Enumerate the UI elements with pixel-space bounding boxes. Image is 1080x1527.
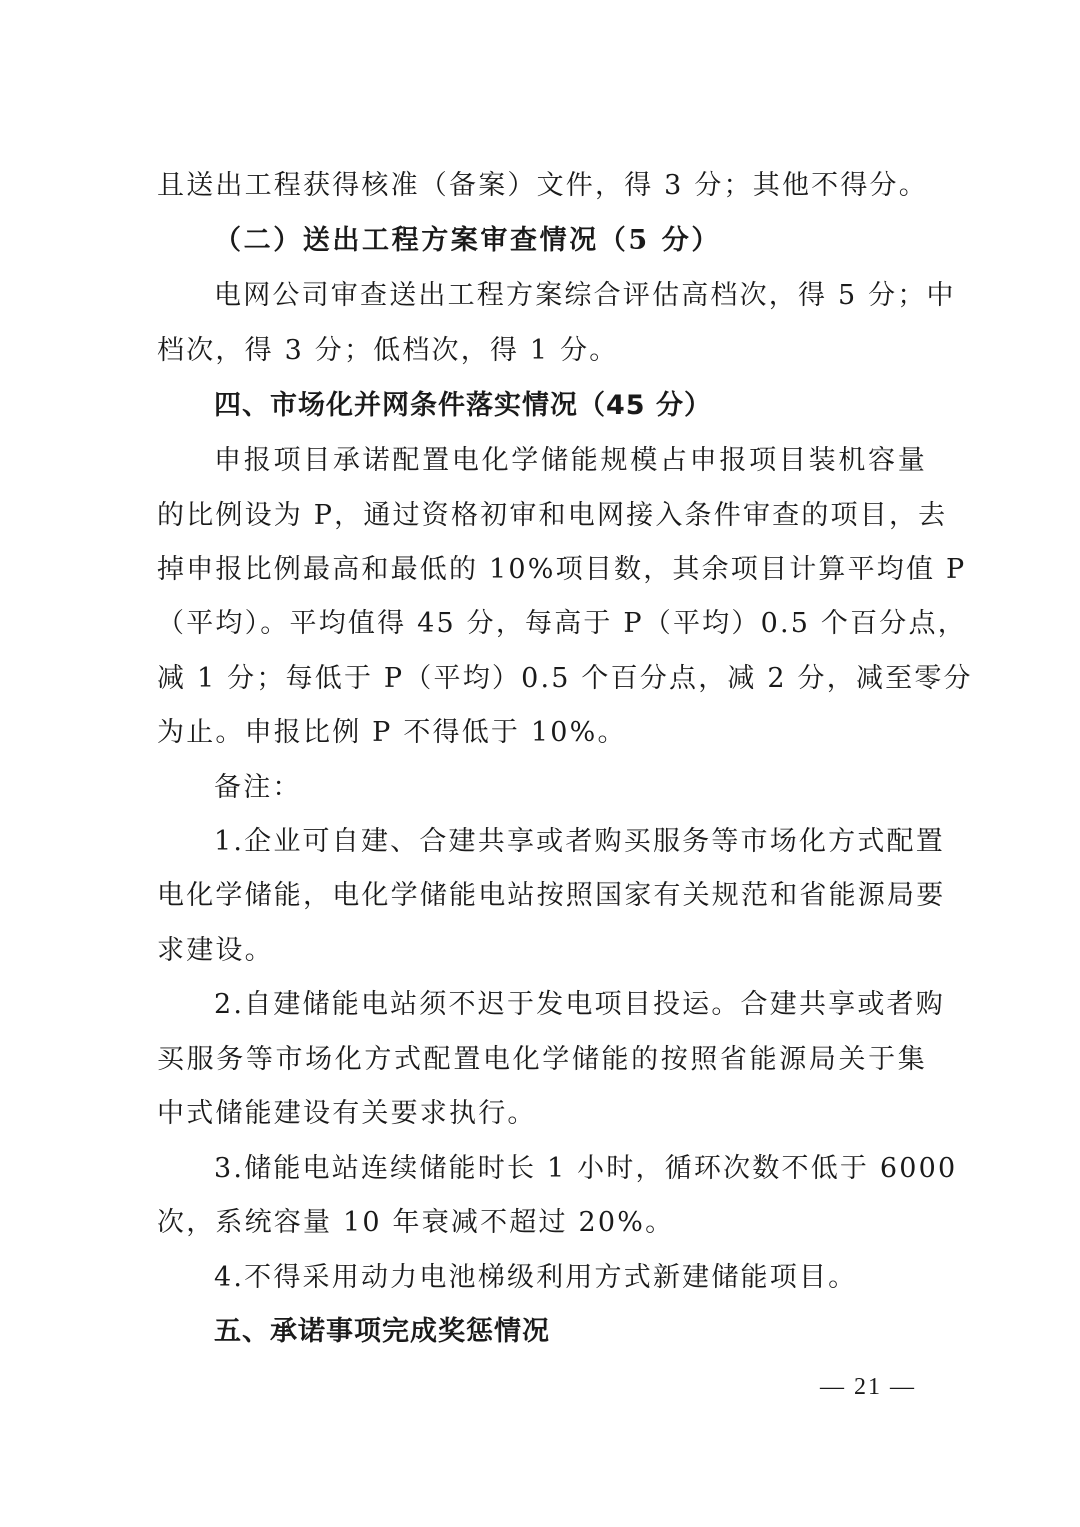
section-subheading: （二）送出工程方案审查情况（5 分） [214, 221, 927, 261]
paragraph-line: （平均）。平均值得 45 分，每高于 P（平均）0.5 个百分点， [157, 604, 927, 644]
section-heading: 四、市场化并网条件落实情况（45 分） [214, 386, 927, 426]
paragraph-line: 掉申报比例最高和最低的 10%项目数，其余项目计算平均值 P [157, 550, 927, 590]
note-item: 2.自建储能电站须不迟于发电项目投运。合建共享或者购 [214, 985, 927, 1025]
note-item: 4.不得采用动力电池梯级利用方式新建储能项目。 [214, 1258, 927, 1298]
paragraph-line: 电网公司审查送出工程方案综合评估高档次，得 5 分；中 [214, 276, 927, 316]
paragraph-line: 中式储能建设有关要求执行。 [157, 1094, 927, 1134]
paragraph-line: 档次，得 3 分；低档次，得 1 分。 [157, 331, 927, 371]
paragraph-line: 为止。申报比例 P 不得低于 10%。 [157, 713, 927, 753]
paragraph-line: 且送出工程获得核准（备案）文件，得 3 分；其他不得分。 [157, 166, 927, 206]
page-number: — 21 — [820, 1374, 916, 1401]
paragraph-line: 求建设。 [157, 931, 927, 971]
paragraph-line: 减 1 分；每低于 P（平均）0.5 个百分点，减 2 分，减至零分 [157, 659, 927, 699]
note-item: 1.企业可自建、合建共享或者购买服务等市场化方式配置 [214, 822, 927, 862]
paragraph-line: 的比例设为 P，通过资格初审和电网接入条件审查的项目，去 [157, 496, 927, 536]
paragraph-line: 次，系统容量 10 年衰减不超过 20%。 [157, 1203, 927, 1243]
section-heading: 五、承诺事项完成奖惩情况 [214, 1312, 927, 1352]
note-item: 3.储能电站连续储能时长 1 小时，循环次数不低于 6000 [214, 1149, 927, 1189]
notes-label: 备注： [214, 768, 927, 808]
paragraph-line: 电化学储能，电化学储能电站按照国家有关规范和省能源局要 [157, 876, 927, 916]
paragraph-line: 申报项目承诺配置电化学储能规模占申报项目装机容量 [214, 441, 927, 481]
paragraph-line: 买服务等市场化方式配置电化学储能的按照省能源局关于集 [157, 1040, 927, 1080]
